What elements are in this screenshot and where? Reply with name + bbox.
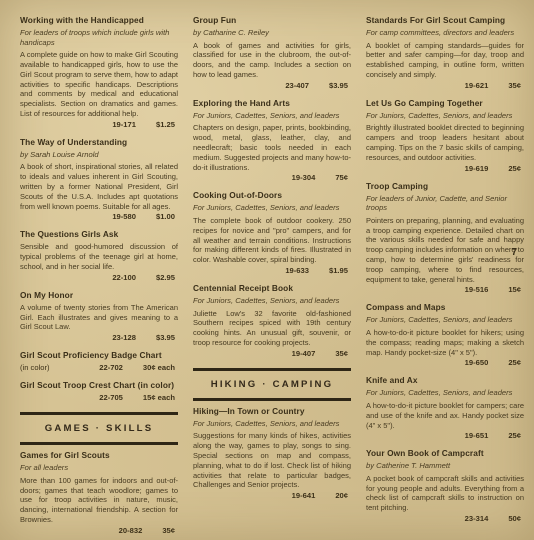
column-left: Working with the Handicapped For leaders… [20,15,178,536]
item-pricing: 19-171 $1.25 [20,120,178,130]
item-title: Standards For Girl Scout Camping [366,15,524,25]
item-pricing: 19-407 35¢ [193,349,351,359]
catalog-number: 23-407 [285,81,309,91]
column-right: Standards For Girl Scout Camping For cam… [366,15,524,536]
item-description: A book of short, inspirational stories, … [20,162,178,211]
catalog-number: 19-650 [465,358,489,368]
item-description: A pocket book of campcraft skills and ac… [366,474,524,513]
item-description: Pointers on preparing, planning, and eva… [366,216,524,285]
item-audience: For leaders of Junior, Cadette, and Seni… [366,194,524,213]
catalog-number: 19-621 [465,81,489,91]
item-title: The Way of Understanding [20,137,178,147]
item-title: Your Own Book of Campcraft [366,448,524,458]
item-title: Let Us Go Camping Together [366,98,524,108]
item-price: 25¢ [508,164,521,174]
columns-container: Working with the Handicapped For leaders… [0,0,534,540]
item-description: Suggestions for many kinds of hikes, act… [193,431,351,490]
item-pricing: 19-633 $1.95 [193,266,351,276]
catalog-number: 19-633 [285,266,309,276]
catalog-number: 19-516 [465,285,489,295]
item-title: Group Fun [193,15,351,25]
item-pricing: 23-314 50¢ [366,514,524,524]
item-price: 15¢ [508,285,521,295]
item-audience: For Juniors, Cadettes, Seniors, and lead… [366,111,524,121]
catalog-page: Working with the Handicapped For leaders… [0,0,534,540]
item-price: $1.25 [156,120,175,130]
catalog-number: 23-314 [465,514,489,524]
catalog-number: 23-128 [112,333,136,343]
section-header-label: HIKING · CAMPING [193,371,351,398]
catalog-item-centennial-receipt-book: Centennial Receipt Book For Juniors, Cad… [193,283,351,359]
item-pricing: 23-407 $3.95 [193,81,351,91]
catalog-item-your-own-book-of-campcraft: Your Own Book of Campcraft by Catherine … [366,448,524,524]
item-byline: by Catherine T. Hammett [366,461,524,471]
item-audience: For Juniors, Cadettes, Seniors, and lead… [193,111,351,121]
catalog-item-group-fun: Group Fun by Catharine C. Reiley A book … [193,15,351,91]
item-description: Juliette Low's 32 favorite old-fashioned… [193,309,351,348]
item-price: 35¢ [335,349,348,359]
catalog-item-troop-crest-chart: Girl Scout Troop Crest Chart (in color) … [20,380,178,403]
catalog-item-working-with-the-handicapped: Working with the Handicapped For leaders… [20,15,178,130]
item-pricing: 19-621 35¢ [366,81,524,91]
catalog-number: 19-641 [292,491,316,501]
item-price: $3.95 [156,333,175,343]
item-price: $2.95 [156,273,175,283]
catalog-number: 19-171 [112,120,136,130]
item-pricing: 19-651 25¢ [366,431,524,441]
item-price: 15¢ each [143,393,175,403]
catalog-item-troop-camping: Troop Camping For leaders of Junior, Cad… [366,181,524,296]
item-audience: For Juniors, Cadettes, Seniors, and lead… [193,296,351,306]
item-byline: by Sarah Louise Arnold [20,150,178,160]
item-audience: For Juniors, Cadettes, Seniors, and lead… [366,388,524,398]
catalog-item-knife-and-ax: Knife and Ax For Juniors, Cadettes, Seni… [366,375,524,441]
item-price: 30¢ each [143,363,175,373]
catalog-number: 22-705 [99,393,123,403]
item-title: Girl Scout Proficiency Badge Chart [20,350,178,360]
item-title: Hiking—In Town or Country [193,406,351,416]
catalog-number: 19-651 [465,431,489,441]
section-header-label: GAMES · SKILLS [20,415,178,442]
item-price: $1.00 [156,212,175,222]
item-pricing: (in color) 22-702 30¢ each [20,363,178,373]
item-pricing: 19-641 20¢ [193,491,351,501]
catalog-item-games-for-girl-scouts: Games for Girl Scouts For all leaders Mo… [20,450,178,536]
item-price: 75¢ [335,173,348,183]
catalog-item-compass-and-maps: Compass and Maps For Juniors, Cadettes, … [366,302,524,368]
item-pricing: 19-304 75¢ [193,173,351,183]
catalog-item-the-questions-girls-ask: The Questions Girls Ask Sensible and goo… [20,229,178,282]
item-byline: by Catharine C. Reiley [193,28,351,38]
item-pricing: 19-619 25¢ [366,164,524,174]
item-price: 50¢ [508,514,521,524]
item-title: Exploring the Hand Arts [193,98,351,108]
item-title: Girl Scout Troop Crest Chart (in color) [20,380,178,390]
catalog-item-hiking-in-town-or-country: Hiking—In Town or Country For Juniors, C… [193,406,351,501]
item-audience: For all leaders [20,463,178,473]
item-pricing: 19-580 $1.00 [20,212,178,222]
catalog-item-cooking-out-of-doors: Cooking Out-of-Doors For Juniors, Cadett… [193,190,351,276]
item-title: On My Honor [20,290,178,300]
item-title: The Questions Girls Ask [20,229,178,239]
item-description: A booklet of camping standards—guides fo… [366,41,524,80]
catalog-item-proficiency-badge-chart: Girl Scout Proficiency Badge Chart (in c… [20,350,178,373]
item-description: A complete guide on how to make Girl Sco… [20,50,178,119]
item-description: More than 100 games for indoors and out-… [20,476,178,525]
item-audience: For Juniors, Cadettes, Seniors, and lead… [193,203,351,213]
column-middle: Group Fun by Catharine C. Reiley A book … [193,15,351,536]
item-price: 35¢ [162,526,175,536]
divider-rule [193,398,351,401]
item-description: Brightly illustrated booklet directed to… [366,123,524,162]
item-price: 20¢ [335,491,348,501]
item-price: 25¢ [508,431,521,441]
catalog-number: 19-619 [465,164,489,174]
item-description: A how-to-do-it picture booklet for campe… [366,401,524,430]
catalog-number: 20-832 [119,526,143,536]
catalog-item-exploring-the-hand-arts: Exploring the Hand Arts For Juniors, Cad… [193,98,351,184]
item-pricing: 23-128 $3.95 [20,333,178,343]
item-description: A book of games and activities for girls… [193,41,351,80]
section-header-hiking-camping: HIKING · CAMPING [193,368,351,401]
item-description: Chapters on design, paper, prints, bookb… [193,123,351,172]
item-title: Compass and Maps [366,302,524,312]
item-title: Knife and Ax [366,375,524,385]
catalog-item-on-my-honor: On My Honor A volume of twenty stories f… [20,290,178,343]
item-audience: For Juniors, Cadettes, Seniors, and lead… [366,315,524,325]
catalog-number: 22-100 [112,273,136,283]
item-title: Cooking Out-of-Doors [193,190,351,200]
section-header-games-skills: GAMES · SKILLS [20,412,178,445]
item-title: Troop Camping [366,181,524,191]
item-pricing: 19-516 15¢ [366,285,524,295]
catalog-item-standards-for-girl-scout-camping: Standards For Girl Scout Camping For cam… [366,15,524,91]
item-audience: For leaders of troops which include girl… [20,28,178,47]
item-pricing: 20-832 35¢ [20,526,178,536]
item-price: 35¢ [508,81,521,91]
item-price: $3.95 [329,81,348,91]
item-audience: For Juniors, Cadettes, Seniors, and lead… [193,419,351,429]
item-title: Games for Girl Scouts [20,450,178,460]
item-description: The complete book of outdoor cookery. 25… [193,216,351,265]
item-pricing: 19-650 25¢ [366,358,524,368]
item-pricing: 22-100 $2.95 [20,273,178,283]
item-title: Centennial Receipt Book [193,283,351,293]
catalog-item-the-way-of-understanding: The Way of Understanding by Sarah Louise… [20,137,178,223]
catalog-item-let-us-go-camping-together: Let Us Go Camping Together For Juniors, … [366,98,524,174]
item-description: A volume of twenty stories from The Amer… [20,303,178,332]
catalog-number: 22-702 [99,363,123,373]
divider-rule [20,442,178,445]
item-description: Sensible and good-humored discussion of … [20,242,178,271]
item-title: Working with the Handicapped [20,15,178,25]
catalog-number: 19-407 [292,349,316,359]
page-number: 7 [511,247,517,258]
catalog-number: 19-304 [292,173,316,183]
item-pricing: 22-705 15¢ each [20,393,178,403]
item-note: (in color) [20,363,79,373]
item-price: 25¢ [508,358,521,368]
item-price: $1.95 [329,266,348,276]
catalog-number: 19-580 [112,212,136,222]
item-audience: For camp committees, directors and leade… [366,28,524,38]
item-description: A how-to-do-it picture booklet for hiker… [366,328,524,357]
